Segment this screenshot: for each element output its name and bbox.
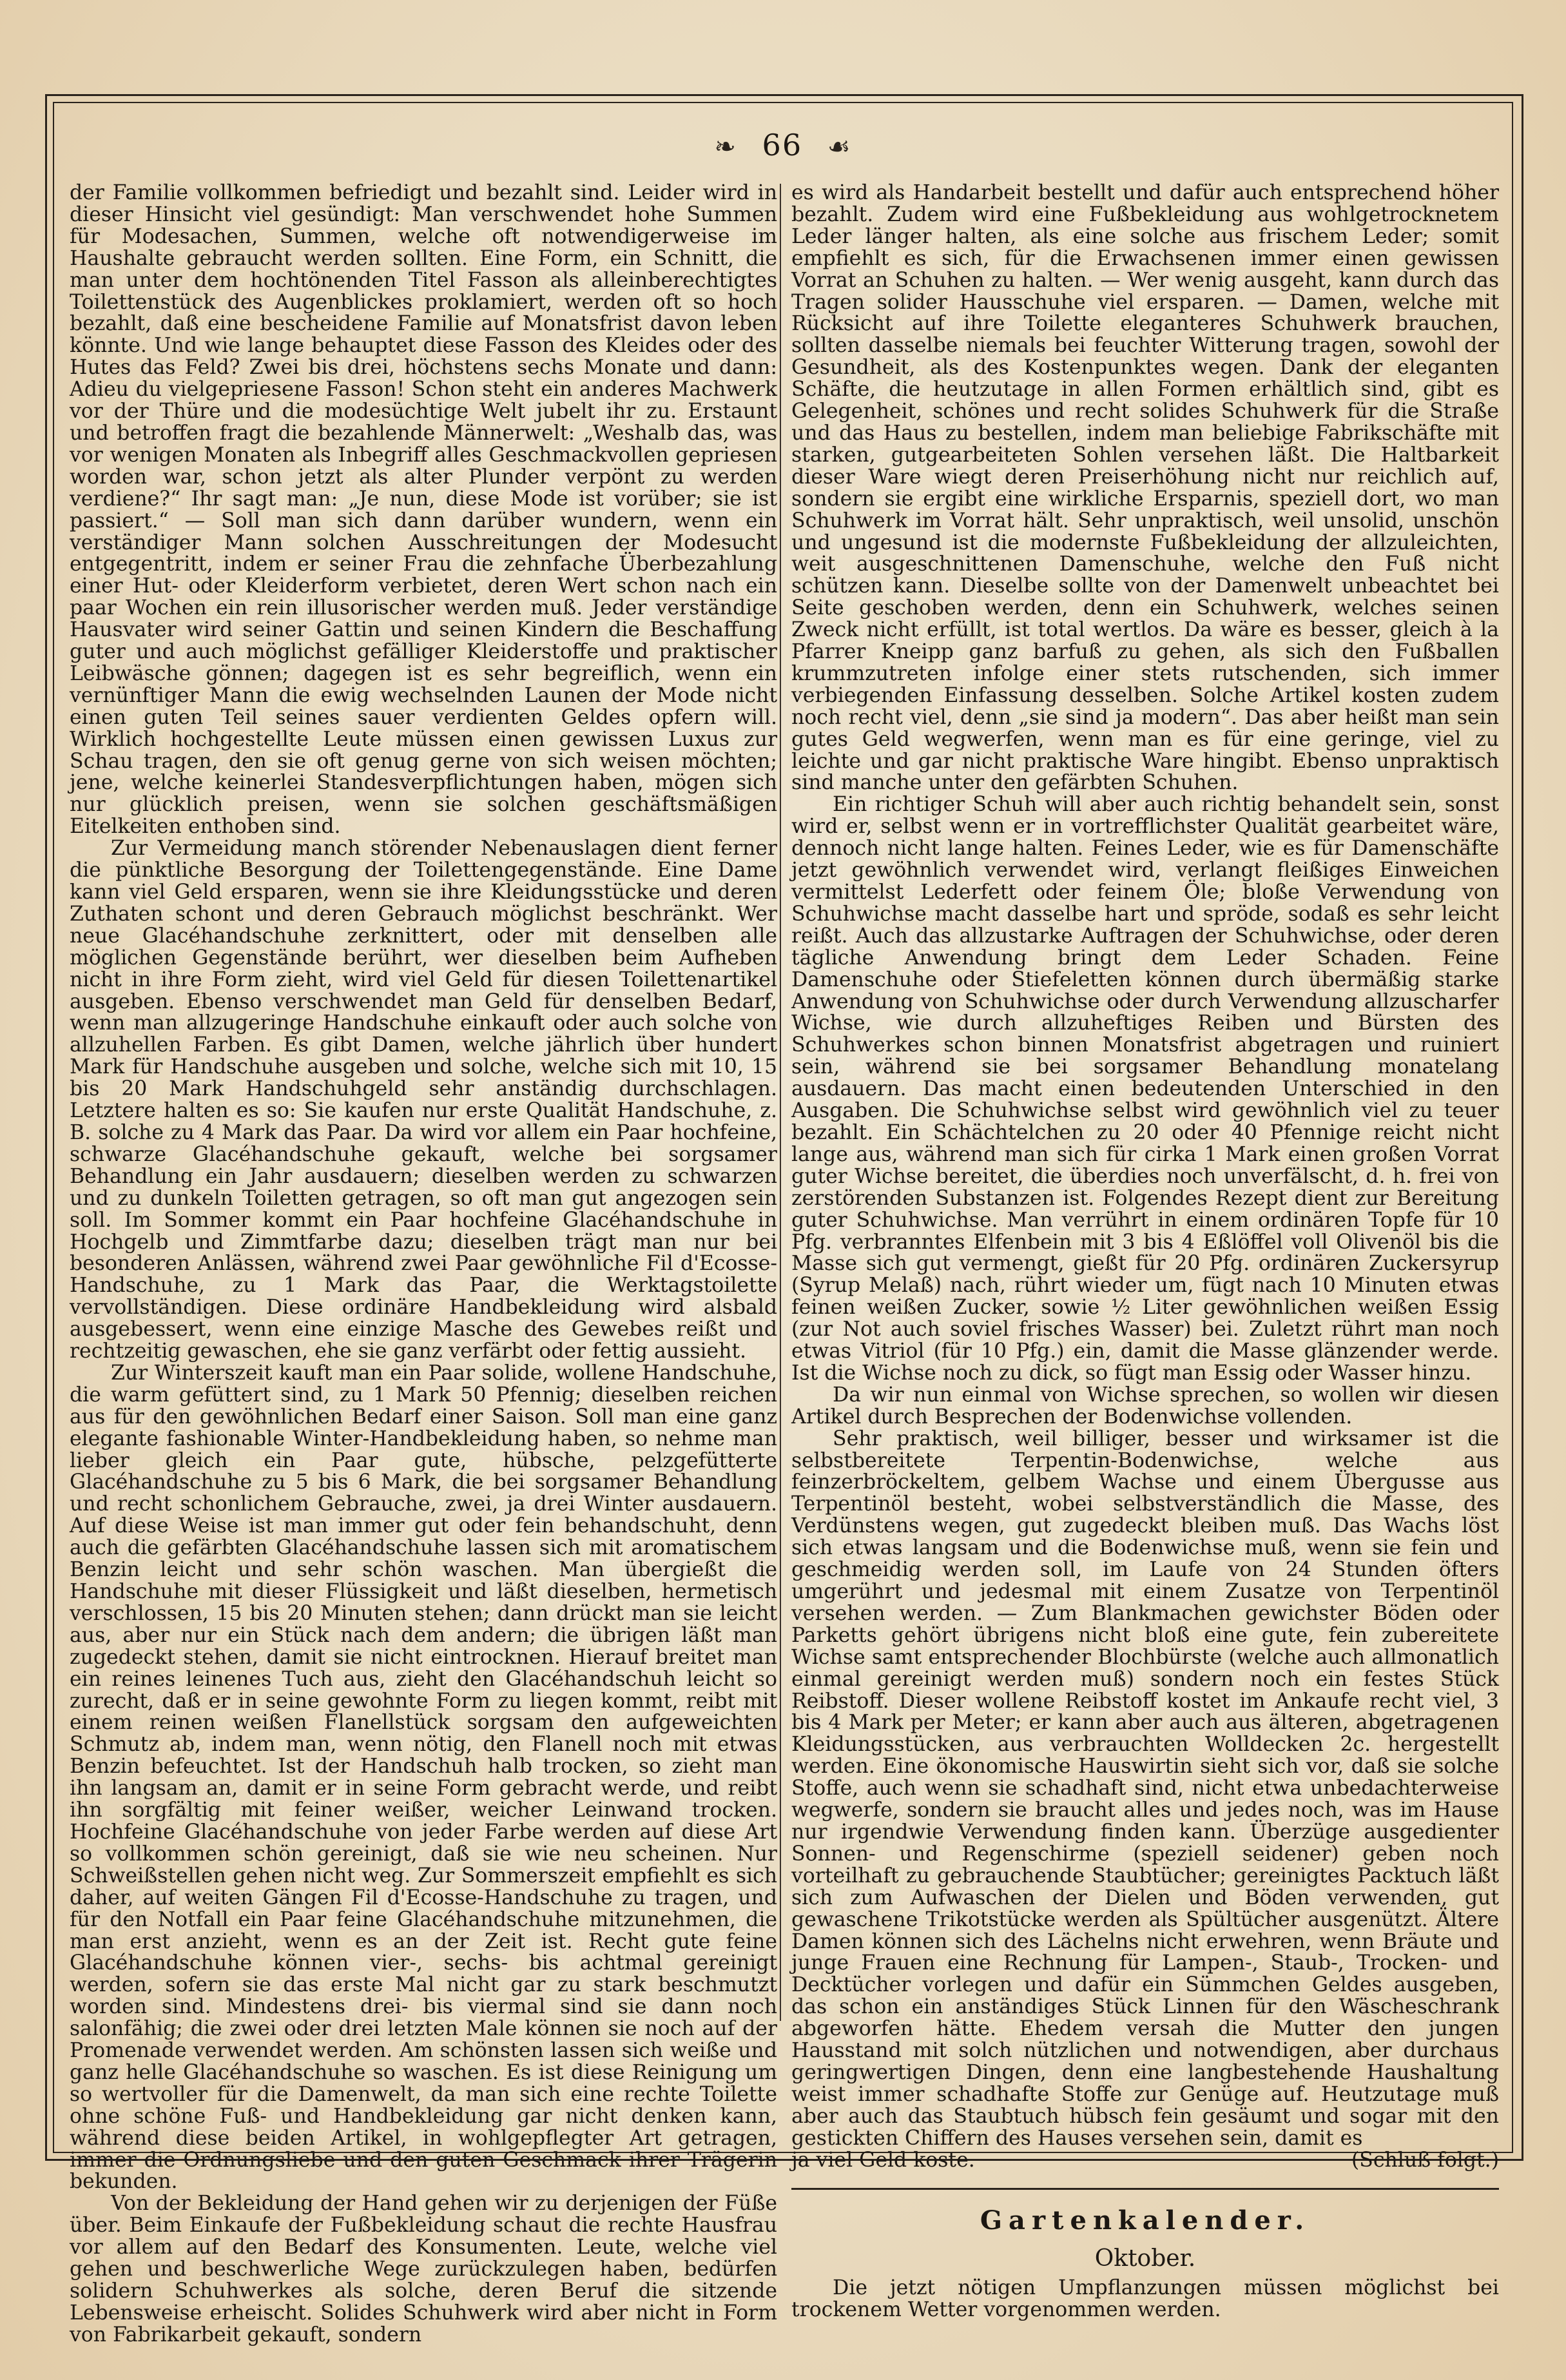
article-closing-line: ja viel Geld koste. (Schluß folgt.) [791,2150,1499,2172]
ornament-left-icon: ❧ [714,132,737,162]
paragraph: Ein richtiger Schuh will aber auch richt… [791,794,1499,1384]
paragraph: es wird als Handarbeit bestellt und dafü… [791,182,1499,794]
column-divider [780,184,781,2021]
paragraph: Die jetzt nötigen Umpflanzungen müssen m… [791,2278,1499,2321]
closing-text: ja viel Geld koste. [791,2150,975,2172]
ornament-right-icon: ☙ [827,132,852,162]
paragraph: Zur Winterszeit kauft man ein Paar solid… [70,1363,777,2193]
section-subtitle: Oktober. [791,2244,1499,2274]
paragraph: Von der Bekleidung der Hand gehen wir zu… [70,2193,777,2346]
section-divider [791,2188,1499,2190]
paragraph: der Familie vollkommen befriedigt und be… [70,182,777,838]
paragraph: Da wir nun einmal von Wichse sprechen, s… [791,1385,1499,1429]
paragraph: Zur Vermeidung manch störender Nebenausl… [70,838,777,1363]
page-number: 66 [762,128,803,162]
right-column: es wird als Handarbeit bestellt und dafü… [791,182,1499,2321]
left-column: der Familie vollkommen befriedigt und be… [70,182,777,2346]
page-number-header: ❧ 66 ☙ [0,126,1566,166]
paragraph: Sehr praktisch, weil billiger, besser un… [791,1429,1499,2150]
section-title: Gartenkalender. [791,2203,1499,2239]
continuation-note: (Schluß folgt.) [1351,2150,1499,2172]
